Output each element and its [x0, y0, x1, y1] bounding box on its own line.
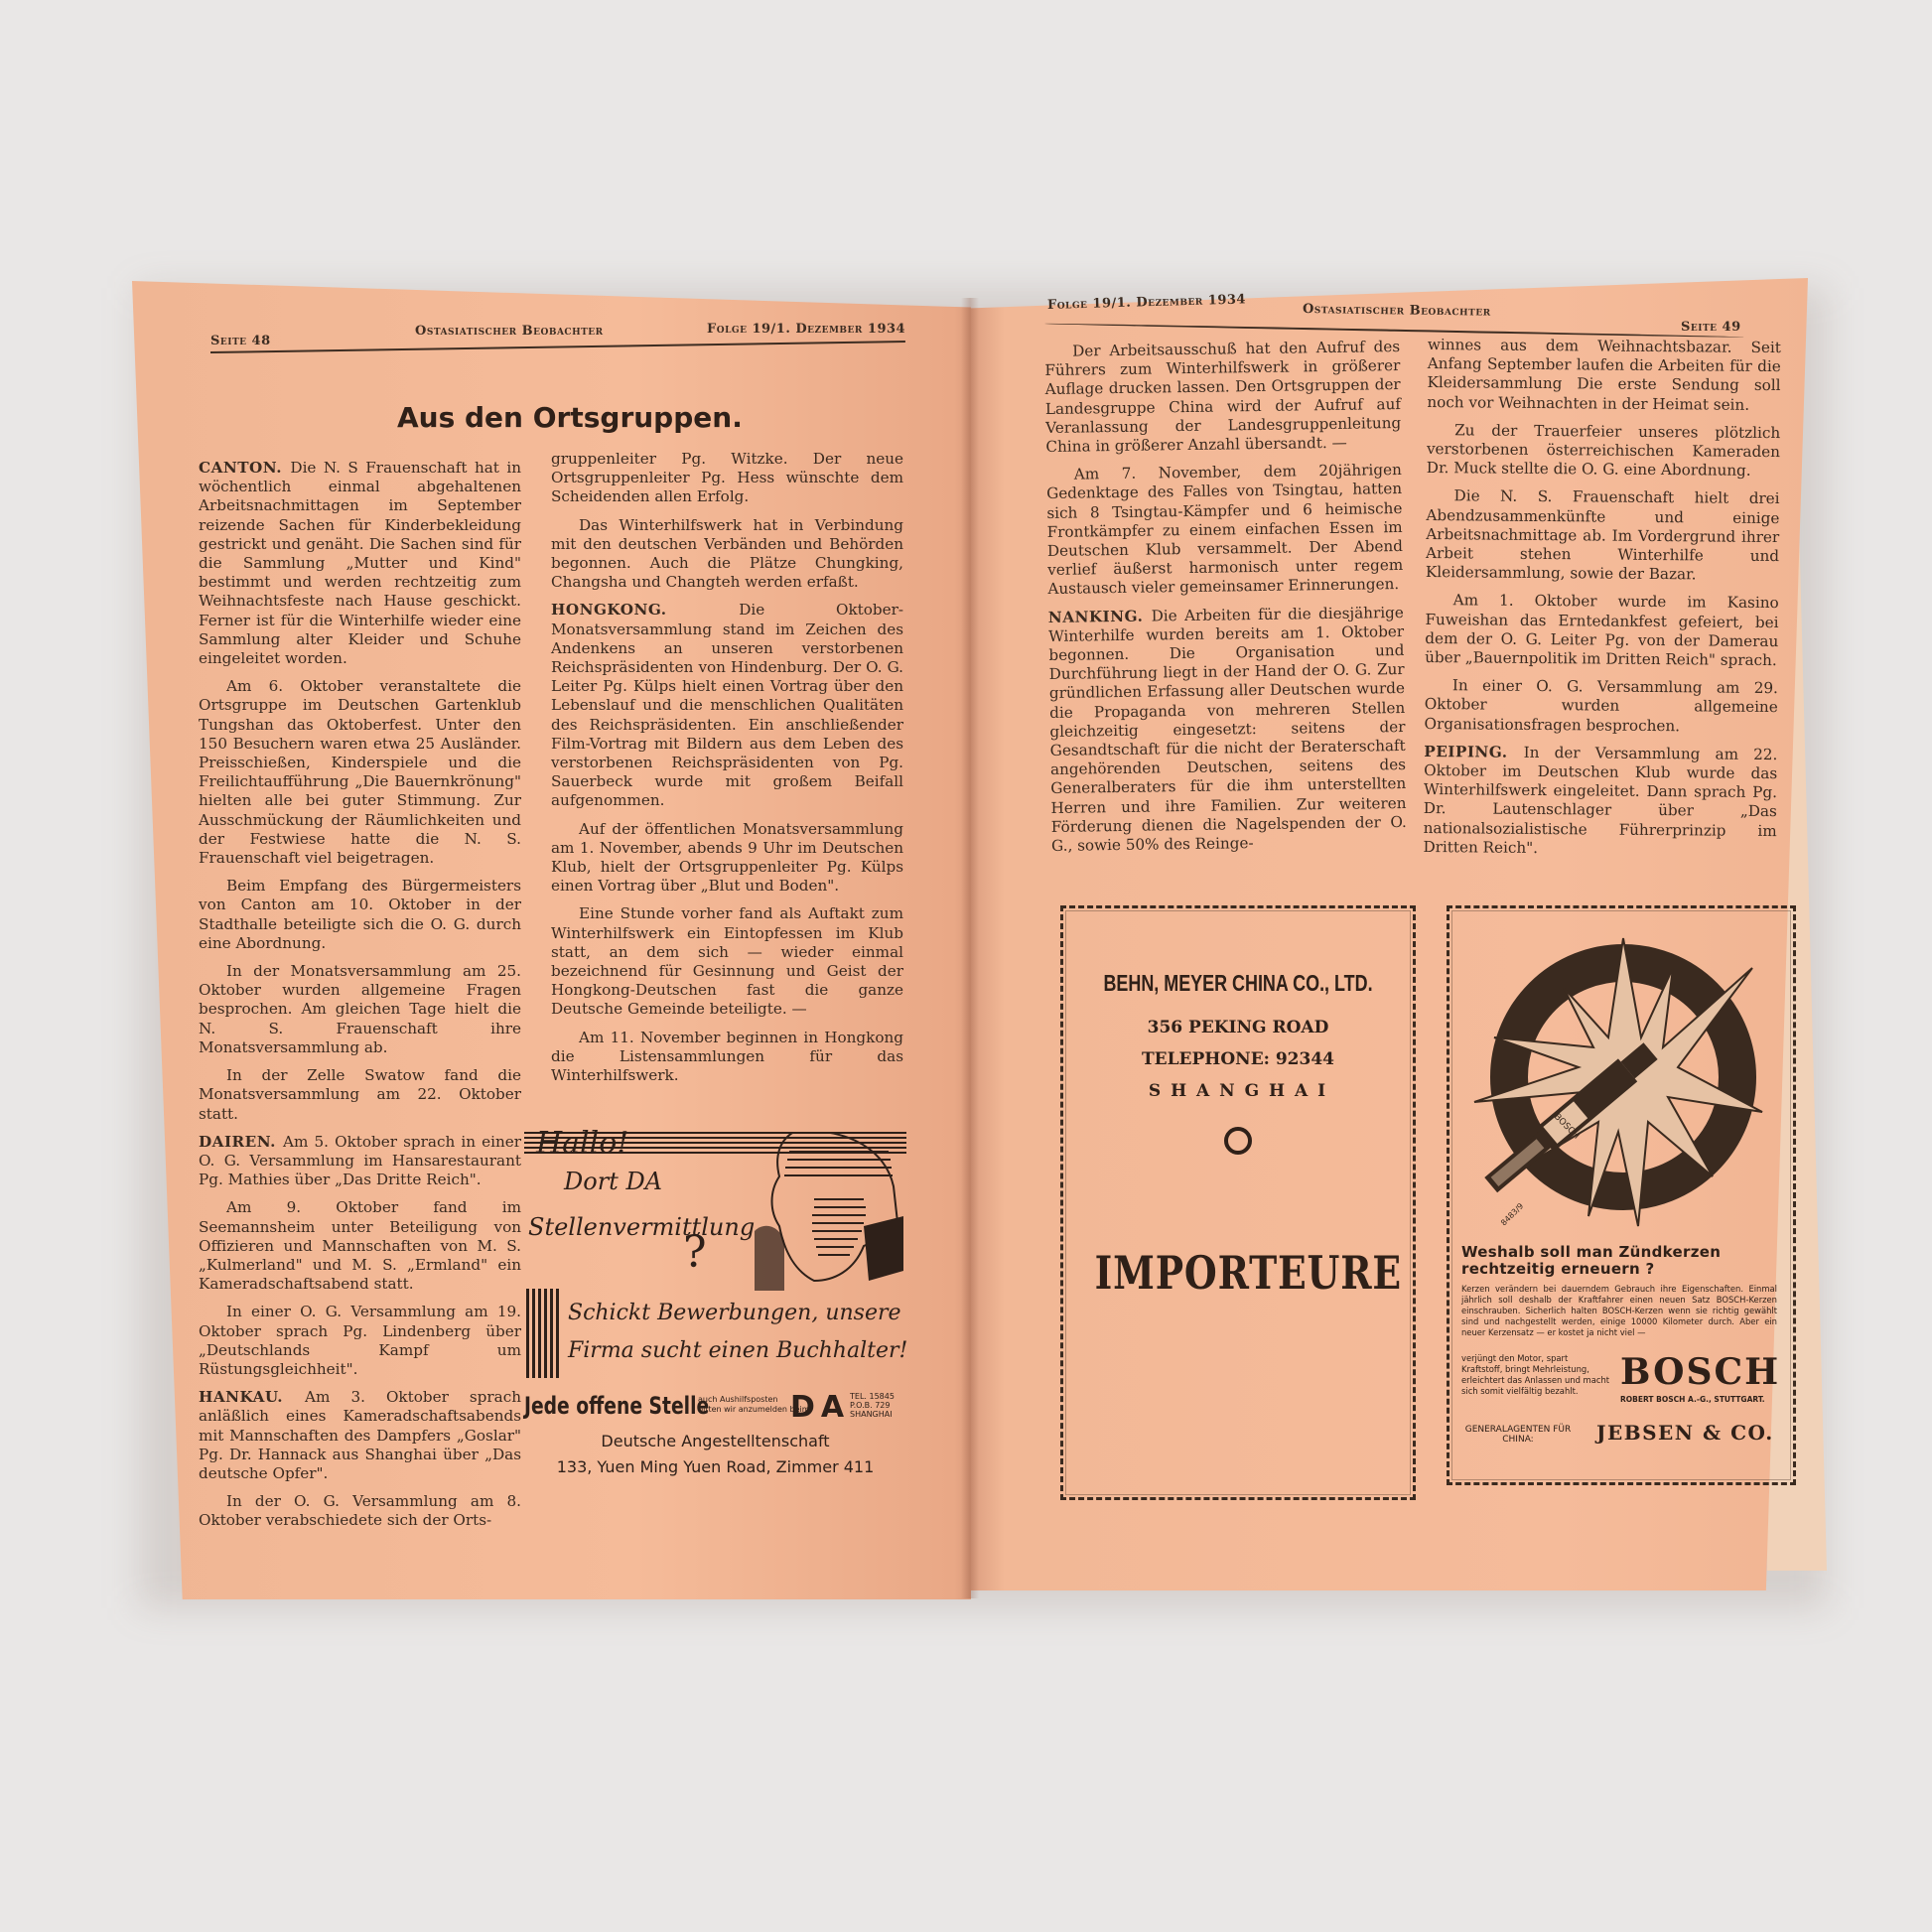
article-paragraph: In einer O. G. Versammlung am 29. Oktobe…: [1425, 676, 1778, 737]
page-number-right: Seite 49: [1681, 320, 1741, 335]
paragraph-text: Die N. S Frauenschaft hat in wöchentlich…: [199, 459, 521, 667]
behn-telephone: TELEPHONE: 92344: [1063, 1049, 1413, 1069]
paragraph-text: Am 9. Oktober fand im Seemannsheim unter…: [199, 1198, 521, 1293]
article-paragraph: Am 7. November, dem 20jährigen Gedenktag…: [1046, 461, 1404, 599]
paragraph-text: In der Zelle Swatow fand die Monatsversa…: [199, 1066, 521, 1122]
ad-organization: Deutsche Angestelltenschaft: [524, 1432, 906, 1450]
paragraph-text: Beim Empfang des Bürgermeisters von Cant…: [199, 877, 521, 952]
bosch-agent: JEBSEN & CO.: [1596, 1421, 1774, 1445]
ad-vertical-bars: [526, 1289, 562, 1378]
paragraph-text: In einer O. G. Versammlung am 19. Oktobe…: [199, 1303, 521, 1378]
paragraph-text: Am 6. Oktober veranstaltete die Ortsgrup…: [199, 677, 521, 867]
article-paragraph: Am 9. Oktober fand im Seemannsheim unter…: [199, 1198, 521, 1294]
paragraph-text: gruppenleiter Pg. Witzke. Der neue Ortsg…: [551, 450, 903, 505]
book-spine: [961, 298, 979, 1598]
article-paragraph: HONGKONG. Die Oktober-Monatsversammlung …: [551, 601, 903, 810]
article-paragraph: Die N. S. Frauenschaft hielt drei Abendz…: [1426, 486, 1780, 585]
article-paragraph: Zu der Trauerfeier unseres plötzlich ver…: [1427, 421, 1780, 482]
paragraph-text: Die N. S. Frauenschaft hielt drei Abendz…: [1426, 487, 1780, 584]
man-on-phone-illustration: [755, 1132, 903, 1291]
article-paragraph: HANKAU. Am 3. Oktober sprach anläßlich e…: [199, 1388, 521, 1483]
bosch-brand: BOSCH: [1620, 1351, 1780, 1393]
behn-tagline: IMPORTEURE: [1095, 1246, 1382, 1300]
bosch-agent-label: GENERALAGENTEN FÜR CHINA:: [1463, 1425, 1573, 1445]
right-column-2: winnes aus dem Weihnachtsbazar. Seit Anf…: [1423, 336, 1781, 869]
bosch-company: ROBERT BOSCH A.-G., STUTTGART.: [1620, 1395, 1765, 1404]
ad-headline: Jede offene Stelle: [524, 1392, 709, 1420]
article-paragraph: NANKING. Die Arbeiten für die diesjährig…: [1048, 604, 1407, 857]
ad-script-hallo: Hallo!: [536, 1126, 628, 1161]
article-paragraph: In der Monatsversammlung am 25. Oktober …: [199, 962, 521, 1057]
behn-city: S H A N G H A I: [1063, 1081, 1413, 1101]
ad-script-buchhalter: Firma sucht einen Buchhalter!: [568, 1338, 907, 1363]
article-paragraph: CANTON. Die N. S Frauenschaft hat in wöc…: [199, 459, 521, 668]
article-paragraph: In der Zelle Swatow fand die Monatsversa…: [199, 1066, 521, 1124]
ad-question-mark: ?: [683, 1227, 707, 1278]
ad-contact-pob: P.O.B. 729: [850, 1401, 890, 1410]
article-paragraph: In einer O. G. Versammlung am 19. Oktobe…: [199, 1303, 521, 1379]
city-heading: NANKING.: [1048, 607, 1152, 625]
city-heading: PEIPING.: [1424, 743, 1524, 761]
article-paragraph: Am 11. November beginnen in Hongkong die…: [551, 1029, 903, 1086]
article-paragraph: Beim Empfang des Bürgermeisters von Cant…: [199, 877, 521, 953]
right-column-1: Der Arbeitsausschuß hat den Aufruf des F…: [1044, 338, 1407, 865]
article-paragraph: DAIREN. Am 5. Oktober sprach in einer O.…: [199, 1133, 521, 1190]
city-heading: DAIREN.: [199, 1133, 283, 1151]
paragraph-text: In der Monatsversammlung am 25. Oktober …: [199, 962, 521, 1056]
paragraph-text: Die Oktober-Monatsversammlung stand im Z…: [551, 601, 903, 809]
paragraph-text: Die Arbeiten für die diesjährige Winterh…: [1048, 604, 1407, 855]
paragraph-text: winnes aus dem Weihnachtsbazar. Seit Anf…: [1427, 336, 1781, 413]
bosch-body-continued: verjüngt den Motor, spart Kraftstoff, br…: [1461, 1353, 1610, 1397]
left-column-2: gruppenleiter Pg. Witzke. Der neue Ortsg…: [551, 450, 903, 1094]
article-paragraph: Am 6. Oktober veranstaltete die Ortsgrup…: [199, 677, 521, 868]
angestelltenschaft-ad: Hallo! Dort DA Stellenvermittlung ? Schi…: [524, 1132, 911, 1499]
article-paragraph: Auf der öffentlichen Monatsversammlung a…: [551, 820, 903, 897]
publication-title-left: Ostasiatischer Beobachter: [415, 324, 604, 339]
circle-ornament-icon: [1224, 1127, 1252, 1155]
ad-script-bewerbungen: Schickt Bewerbungen, unsere: [568, 1301, 901, 1325]
ad-script-stellenvermittlung: Stellenvermittlung: [528, 1213, 755, 1241]
ad-contact-tel: TEL. 15845: [850, 1392, 895, 1401]
article-paragraph: Der Arbeitsausschuß hat den Aufruf des F…: [1044, 338, 1402, 457]
behn-company: BEHN, MEYER CHINA CO., LTD.: [1102, 970, 1375, 997]
ad-address: 133, Yuen Ming Yuen Road, Zimmer 411: [524, 1457, 906, 1476]
article-paragraph: Das Winterhilfswerk hat in Verbindung mi…: [551, 516, 903, 593]
left-column-1: CANTON. Die N. S Frauenschaft hat in wöc…: [199, 459, 521, 1540]
bosch-question: Weshalb soll man Zündkerzen rechtzeitig …: [1461, 1244, 1779, 1278]
svg-text:8483/9: 8483/9: [1499, 1201, 1525, 1227]
paragraph-text: In einer O. G. Versammlung am 29. Oktobe…: [1425, 676, 1778, 734]
city-heading: HANKAU.: [199, 1388, 305, 1406]
paragraph-text: Auf der öffentlichen Monatsversammlung a…: [551, 820, 903, 896]
article-paragraph: gruppenleiter Pg. Witzke. Der neue Ortsg…: [551, 450, 903, 507]
ad-contact-city: SHANGHAI: [850, 1410, 893, 1419]
publication-title-right: Ostasiatischer Beobachter: [1303, 302, 1491, 320]
paragraph-text: Am 1. Oktober wurde im Kasino Fuweishan …: [1425, 592, 1779, 669]
article-paragraph: In der O. G. Versammlung am 8. Oktober v…: [199, 1492, 521, 1530]
paragraph-text: Zu der Trauerfeier unseres plötzlich ver…: [1427, 421, 1780, 480]
paragraph-text: Am 11. November beginnen in Hongkong die…: [551, 1029, 903, 1084]
ad-note-1: auch Aushilfsposten: [698, 1395, 777, 1404]
bosch-body: Kerzen verändern bei dauerndem Gebrauch …: [1461, 1284, 1777, 1338]
ad-brand-da: DA: [790, 1390, 850, 1425]
city-heading: CANTON.: [199, 459, 290, 477]
paragraph-text: Am 7. November, dem 20jährigen Gedenktag…: [1046, 461, 1403, 598]
paragraph-text: Der Arbeitsausschuß hat den Aufruf des F…: [1044, 338, 1401, 456]
behn-meyer-ad: BEHN, MEYER CHINA CO., LTD. 356 PEKING R…: [1060, 905, 1416, 1500]
paragraph-text: Eine Stunde vorher fand als Auftakt zum …: [551, 904, 903, 1018]
behn-address: 356 PEKING ROAD: [1063, 1018, 1413, 1037]
bosch-ad: BOSCH 8483/9 Weshalb soll man Zündkerzen…: [1447, 905, 1796, 1485]
ad-script-dort: Dort DA: [564, 1168, 662, 1195]
article-paragraph: PEIPING. In der Versammlung am 22. Oktob…: [1423, 743, 1777, 860]
issue-left: Folge 19/1. Dezember 1934: [707, 322, 905, 337]
paragraph-text: Das Winterhilfswerk hat in Verbindung mi…: [551, 516, 903, 592]
spark-plug-illustration: BOSCH 8483/9: [1464, 928, 1772, 1236]
article-paragraph: Am 1. Oktober wurde im Kasino Fuweishan …: [1425, 591, 1779, 670]
article-paragraph: Eine Stunde vorher fand als Auftakt zum …: [551, 904, 903, 1019]
city-heading: HONGKONG.: [551, 601, 739, 619]
page-title: Aus den Ortsgruppen.: [397, 401, 743, 434]
article-paragraph: winnes aus dem Weihnachtsbazar. Seit Anf…: [1427, 336, 1781, 415]
paragraph-text: In der O. G. Versammlung am 8. Oktober v…: [199, 1492, 521, 1529]
page-number-left: Seite 48: [210, 334, 271, 348]
